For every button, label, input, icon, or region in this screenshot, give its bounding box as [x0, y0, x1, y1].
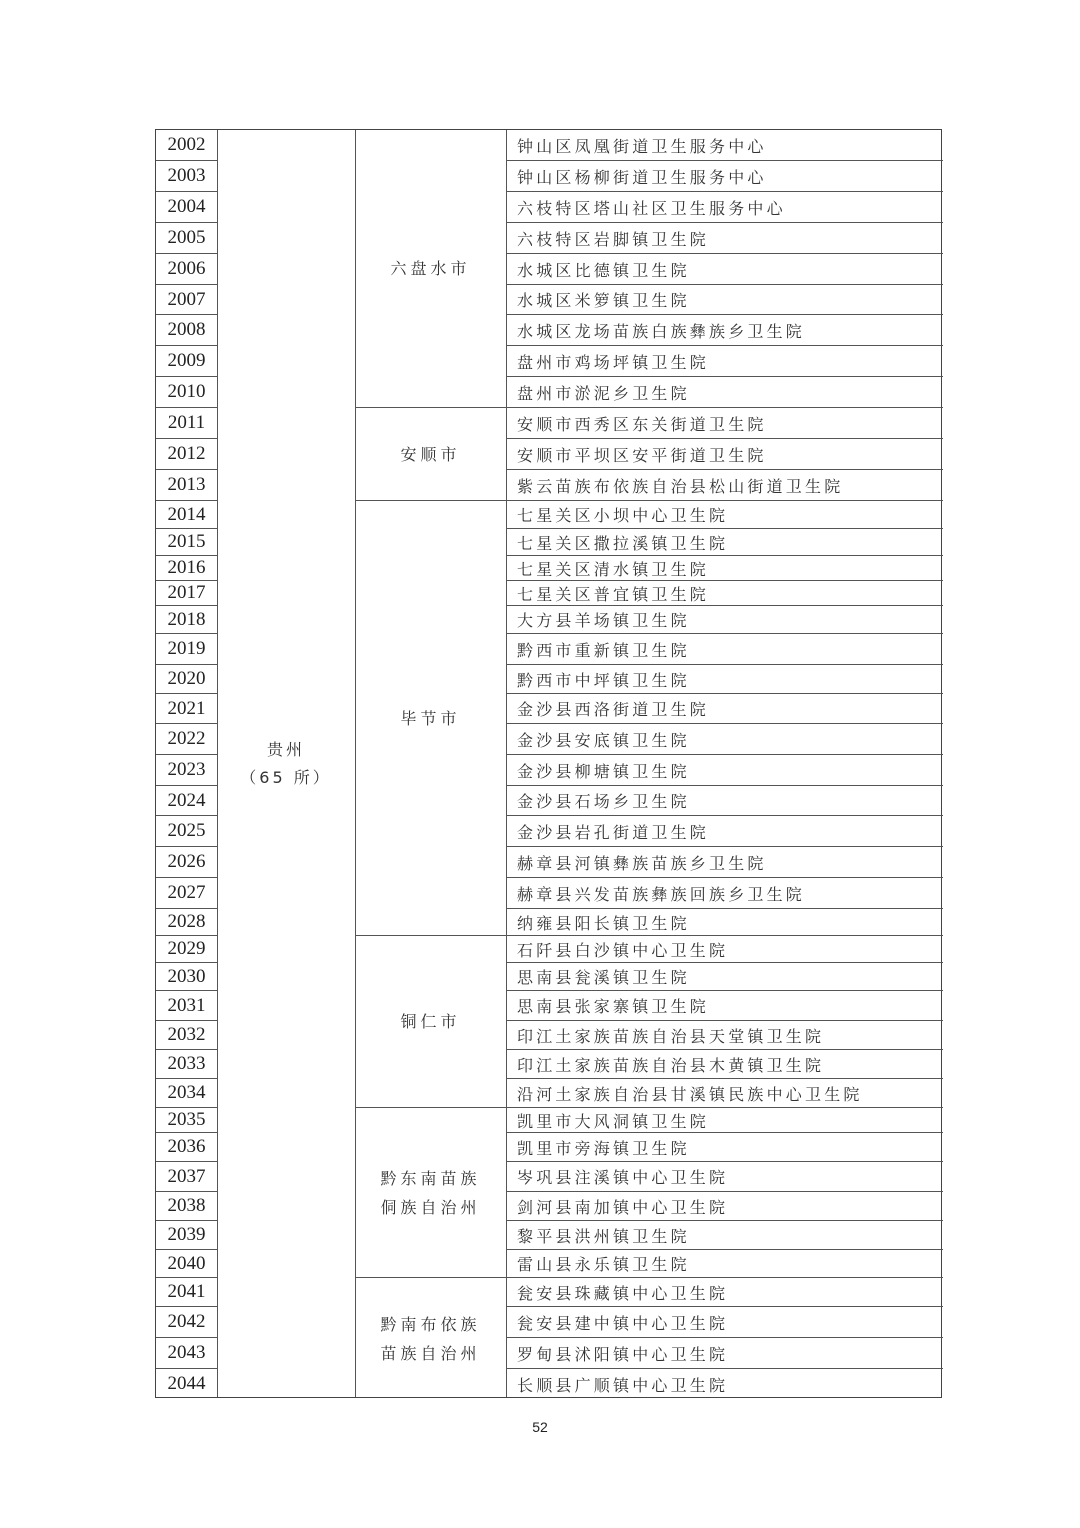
row-number: 2023	[156, 755, 217, 786]
province-name: 贵州	[267, 736, 305, 764]
institution-name: 黎平县洪州镇卫生院	[506, 1221, 943, 1250]
province-count: （65 所）	[240, 764, 331, 792]
row-number: 2041	[156, 1278, 217, 1307]
row-number: 2003	[156, 161, 217, 192]
row-number: 2008	[156, 315, 217, 346]
row-number: 2035	[156, 1108, 217, 1133]
row-number: 2004	[156, 192, 217, 223]
institution-name: 凯里市大风洞镇卫生院	[506, 1108, 943, 1133]
institution-name: 石阡县白沙镇中心卫生院	[506, 936, 943, 963]
institution-name: 七星关区清水镇卫生院	[506, 556, 943, 581]
row-number: 2020	[156, 665, 217, 694]
institution-name: 大方县羊场镇卫生院	[506, 606, 943, 634]
row-number: 2042	[156, 1307, 217, 1338]
institution-name: 印江土家族苗族自治县天堂镇卫生院	[506, 1021, 943, 1050]
city-name-line: 苗族自治州	[380, 1339, 480, 1368]
institution-name: 七星关区普宜镇卫生院	[506, 581, 943, 606]
row-number: 2028	[156, 909, 217, 936]
institution-name: 金沙县柳塘镇卫生院	[506, 755, 943, 786]
row-number: 2029	[156, 936, 217, 963]
row-number: 2002	[156, 130, 217, 161]
city-cell: 毕节市	[355, 501, 506, 936]
institution-name: 思南县瓮溪镇卫生院	[506, 963, 943, 991]
institution-name: 沿河土家族自治县甘溪镇民族中心卫生院	[506, 1079, 943, 1108]
row-number: 2006	[156, 254, 217, 285]
institution-name: 凯里市旁海镇卫生院	[506, 1133, 943, 1162]
institution-name: 六枝特区塔山社区卫生服务中心	[506, 192, 943, 223]
institution-name: 纳雍县阳长镇卫生院	[506, 909, 943, 936]
row-number: 2009	[156, 346, 217, 377]
institution-name: 金沙县石场乡卫生院	[506, 786, 943, 816]
row-number: 2036	[156, 1133, 217, 1162]
row-number: 2039	[156, 1221, 217, 1250]
institution-name: 长顺县广顺镇中心卫生院	[506, 1369, 943, 1399]
row-number: 2019	[156, 634, 217, 665]
row-number: 2037	[156, 1162, 217, 1192]
city-name-line: 安顺市	[400, 440, 460, 469]
row-number: 2010	[156, 377, 217, 408]
city-name-line: 铜仁市	[400, 1007, 460, 1036]
institution-name: 雷山县永乐镇卫生院	[506, 1250, 943, 1278]
row-number: 2044	[156, 1369, 217, 1399]
row-number: 2017	[156, 581, 217, 606]
page-number: 52	[0, 1419, 1080, 1435]
city-name-line: 六盘水市	[390, 254, 470, 283]
row-number: 2005	[156, 223, 217, 254]
row-number: 2011	[156, 408, 217, 439]
row-number: 2027	[156, 878, 217, 909]
institution-name: 钟山区凤凰街道卫生服务中心	[506, 130, 943, 161]
institution-name: 剑河县南加镇中心卫生院	[506, 1192, 943, 1221]
institution-name: 金沙县西洛街道卫生院	[506, 694, 943, 724]
row-number: 2022	[156, 724, 217, 755]
row-number: 2031	[156, 991, 217, 1021]
row-number: 2033	[156, 1050, 217, 1079]
row-number: 2015	[156, 529, 217, 556]
institution-name: 水城区比德镇卫生院	[506, 254, 943, 285]
institution-name: 安顺市西秀区东关街道卫生院	[506, 408, 943, 439]
city-cell: 黔南布依族苗族自治州	[355, 1278, 506, 1399]
province-cell: 贵州 （65 所）	[217, 130, 355, 1397]
city-name-line: 侗族自治州	[380, 1193, 480, 1222]
row-number: 2016	[156, 556, 217, 581]
city-cell: 安顺市	[355, 408, 506, 501]
city-name-line: 毕节市	[400, 704, 460, 733]
institution-name: 安顺市平坝区安平街道卫生院	[506, 439, 943, 470]
city-name-line: 黔南布依族	[380, 1310, 480, 1339]
row-number: 2013	[156, 470, 217, 501]
institution-name: 思南县张家寨镇卫生院	[506, 991, 943, 1021]
institution-name: 罗甸县沭阳镇中心卫生院	[506, 1338, 943, 1369]
institution-name: 金沙县岩孔街道卫生院	[506, 816, 943, 847]
row-number: 2026	[156, 847, 217, 878]
institution-name: 赫章县河镇彝族苗族乡卫生院	[506, 847, 943, 878]
city-name-line: 黔东南苗族	[380, 1164, 480, 1193]
row-number: 2007	[156, 285, 217, 315]
institution-name: 钟山区杨柳街道卫生服务中心	[506, 161, 943, 192]
row-number: 2024	[156, 786, 217, 816]
institution-name: 七星关区撒拉溪镇卫生院	[506, 529, 943, 556]
row-number: 2021	[156, 694, 217, 724]
row-number: 2012	[156, 439, 217, 470]
institution-name: 七星关区小坝中心卫生院	[506, 501, 943, 529]
institution-name: 瓮安县建中镇中心卫生院	[506, 1307, 943, 1338]
institution-name: 六枝特区岩脚镇卫生院	[506, 223, 943, 254]
row-number: 2025	[156, 816, 217, 847]
institution-name: 黔西市中坪镇卫生院	[506, 665, 943, 694]
city-cell: 铜仁市	[355, 936, 506, 1108]
city-cell: 六盘水市	[355, 130, 506, 408]
row-number: 2043	[156, 1338, 217, 1369]
institution-name: 紫云苗族布依族自治县松山街道卫生院	[506, 470, 943, 501]
institution-name: 水城区米箩镇卫生院	[506, 285, 943, 315]
institution-name: 岑巩县注溪镇中心卫生院	[506, 1162, 943, 1192]
institution-name: 赫章县兴发苗族彝族回族乡卫生院	[506, 878, 943, 909]
institution-name: 盘州市鸡场坪镇卫生院	[506, 346, 943, 377]
institution-name: 印江土家族苗族自治县木黄镇卫生院	[506, 1050, 943, 1079]
institution-name: 盘州市淤泥乡卫生院	[506, 377, 943, 408]
institution-name: 瓮安县珠藏镇中心卫生院	[506, 1278, 943, 1307]
city-cell: 黔东南苗族侗族自治州	[355, 1108, 506, 1278]
row-number: 2032	[156, 1021, 217, 1050]
row-number: 2014	[156, 501, 217, 529]
row-number: 2040	[156, 1250, 217, 1278]
institution-name: 金沙县安底镇卫生院	[506, 724, 943, 755]
row-number: 2034	[156, 1079, 217, 1108]
row-number: 2018	[156, 606, 217, 634]
row-number: 2038	[156, 1192, 217, 1221]
institution-table: 贵州 （65 所） 六盘水市安顺市毕节市铜仁市黔东南苗族侗族自治州黔南布依族苗族…	[155, 129, 942, 1398]
row-number: 2030	[156, 963, 217, 991]
institution-name: 水城区龙场苗族白族彝族乡卫生院	[506, 315, 943, 346]
institution-name: 黔西市重新镇卫生院	[506, 634, 943, 665]
